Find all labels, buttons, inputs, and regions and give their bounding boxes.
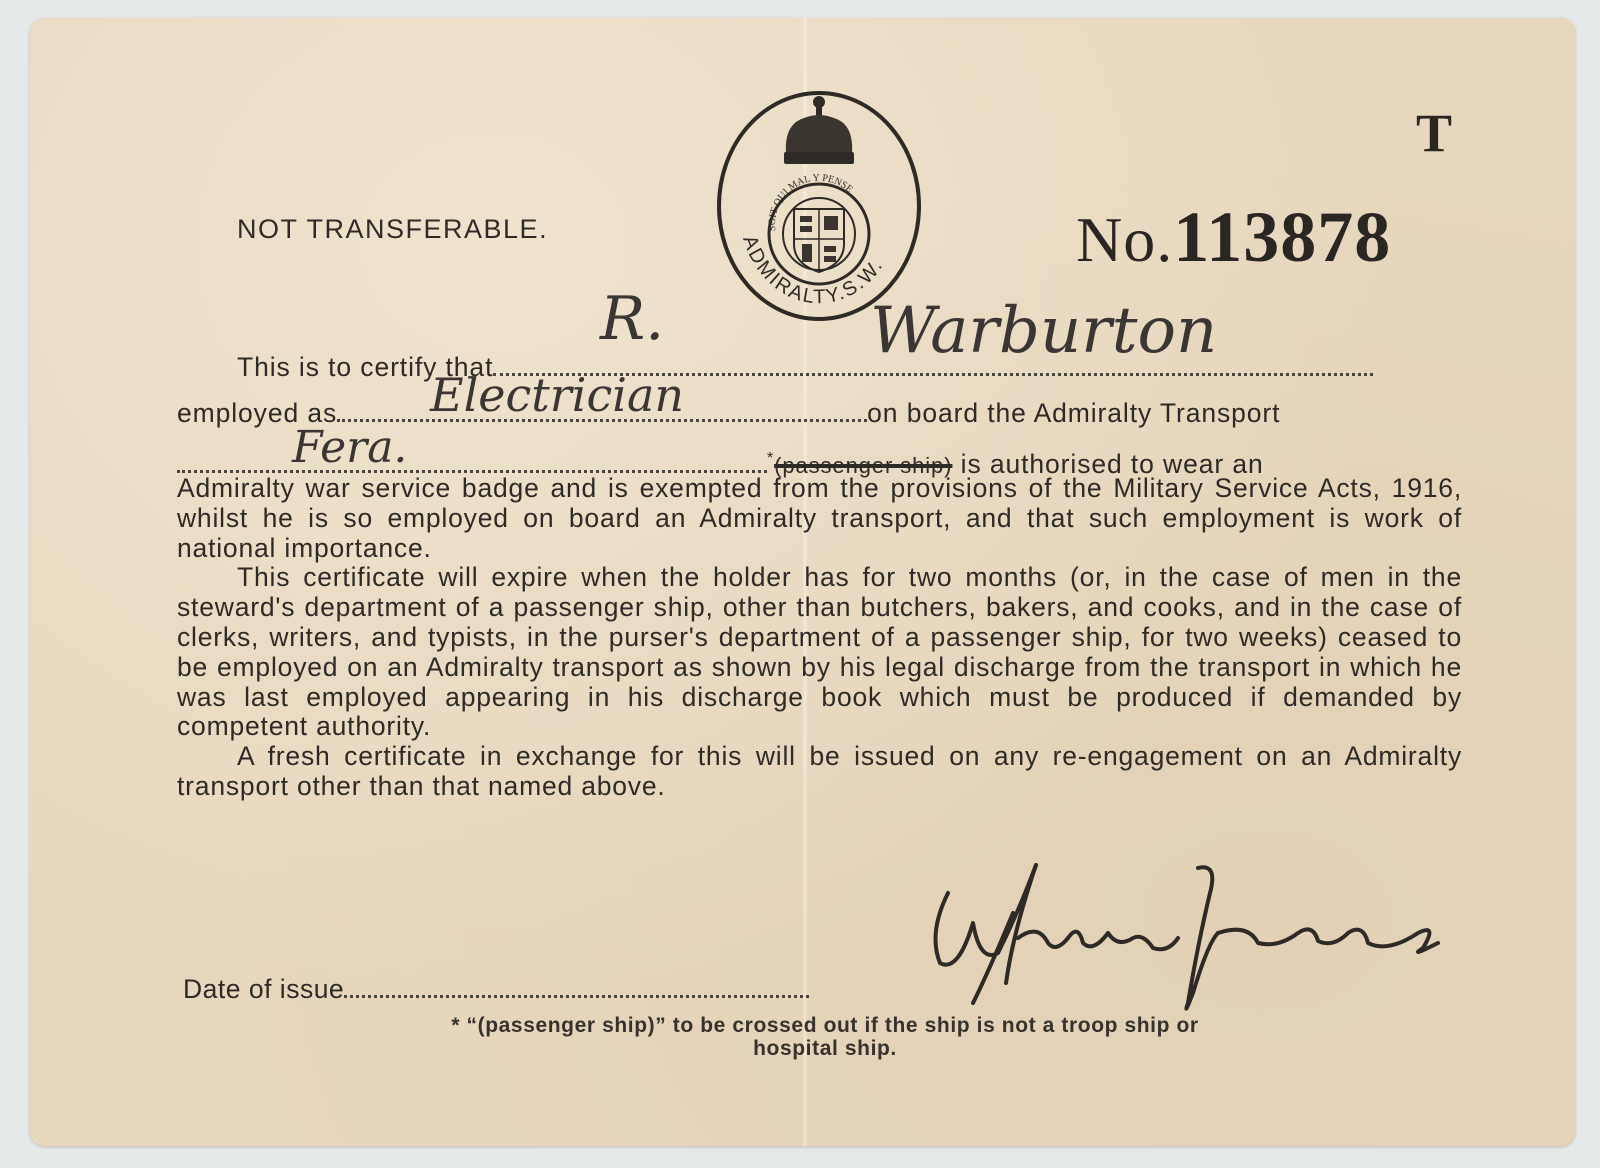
admiralty-seal-icon: SOIT QUI MAL Y PENSE ADMIRALTY.S.W. — [714, 84, 924, 324]
not-transferable-heading: NOT TRANSFERABLE. — [237, 214, 548, 245]
number-value: 113878 — [1173, 197, 1391, 277]
series-letter: T — [1416, 102, 1452, 164]
paragraph-expiry: This certificate will expire when the ho… — [177, 563, 1462, 742]
handwritten-occupation: Electrician — [430, 368, 684, 422]
on-board-label: on board the Admiralty Transport — [867, 398, 1280, 428]
footnote: * “(passenger ship)” to be crossed out i… — [255, 1014, 1395, 1060]
date-of-issue-line: Date of issue — [183, 974, 809, 1005]
certificate-body: Admiralty war service badge and is exemp… — [177, 474, 1462, 802]
number-prefix: No. — [1076, 204, 1173, 275]
footnote-line-1: * “(passenger ship)” to be crossed out i… — [255, 1014, 1395, 1037]
handwritten-surname: Warburton — [870, 294, 1217, 368]
footnote-line-2: hospital ship. — [255, 1037, 1395, 1060]
date-of-issue-label: Date of issue — [183, 974, 344, 1004]
paragraph-reissue: A fresh certificate in exchange for this… — [177, 742, 1462, 802]
certificate-card: NOT TRANSFERABLE. T No.113878 SOIT QUI M… — [30, 18, 1575, 1146]
official-signature: W. Graham Greene — [918, 853, 1458, 1018]
handwritten-ship-name: Fera. — [292, 422, 407, 473]
certificate-number: No.113878 — [1076, 196, 1391, 279]
svg-text:SOIT QUI MAL Y PENSE: SOIT QUI MAL Y PENSE — [767, 173, 855, 232]
paragraph-exemption: Admiralty war service badge and is exemp… — [177, 474, 1462, 563]
date-of-issue-field — [344, 995, 809, 998]
certify-line: This is to certify that — [177, 352, 1462, 382]
handwritten-initial: R. — [600, 284, 664, 354]
